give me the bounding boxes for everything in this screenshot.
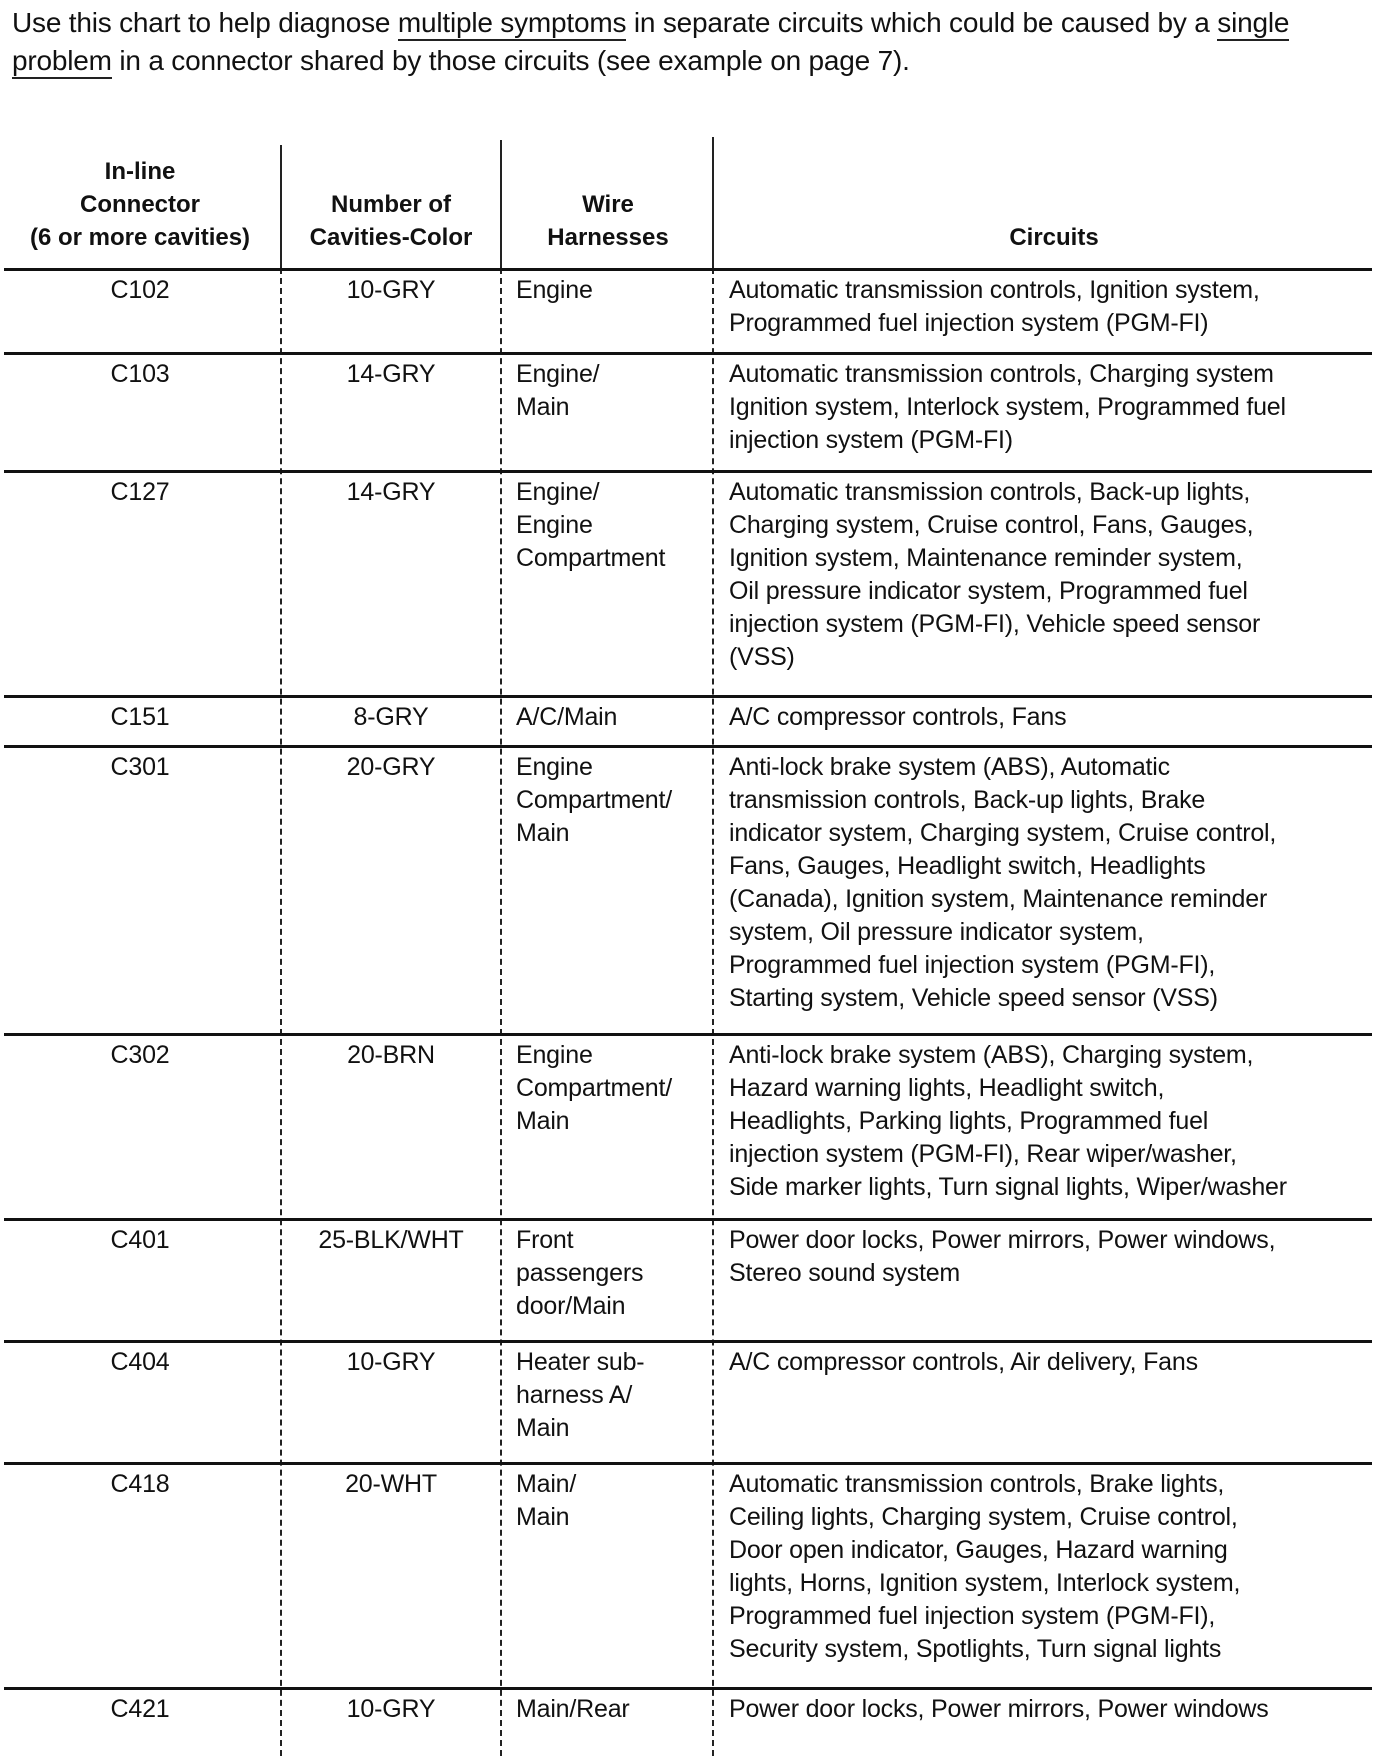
wire-harnesses: Main/Main — [516, 1468, 716, 1534]
circuits-line: Side marker lights, Turn signal lights, … — [729, 1171, 1389, 1204]
circuits: A/C compressor controls, Air delivery, F… — [729, 1346, 1389, 1379]
circuits: Anti-lock brake system (ABS), Automatict… — [729, 751, 1389, 1015]
wire-harnesses-line: A/C/Main — [516, 701, 716, 734]
wire-harnesses-line: Engine — [516, 1039, 716, 1072]
circuits: Automatic transmission controls, Brake l… — [729, 1468, 1389, 1666]
header-cavities-line: Cavities-Color — [282, 221, 500, 254]
wire-harnesses: Frontpassengersdoor/Main — [516, 1224, 716, 1323]
column-divider — [280, 145, 282, 268]
wire-harnesses: EngineCompartment/Main — [516, 1039, 716, 1138]
row-divider — [4, 695, 1372, 698]
connector-id: C301 — [0, 751, 280, 784]
wire-harnesses-line: Compartment/ — [516, 1072, 716, 1105]
wire-harnesses-line: Engine — [516, 509, 716, 542]
circuits-line: Anti-lock brake system (ABS), Charging s… — [729, 1039, 1389, 1072]
circuits: Power door locks, Power mirrors, Power w… — [729, 1693, 1389, 1726]
wire-harnesses-line: harness A/ — [516, 1379, 716, 1412]
wire-harnesses-line: Heater sub- — [516, 1346, 716, 1379]
circuits-line: Programmed fuel injection system (PGM-FI… — [729, 307, 1389, 340]
circuits-line: Hazard warning lights, Headlight switch, — [729, 1072, 1389, 1105]
circuits-line: Anti-lock brake system (ABS), Automatic — [729, 751, 1389, 784]
row-divider — [4, 352, 1372, 355]
circuits-line: injection system (PGM-FI), Rear wiper/wa… — [729, 1138, 1389, 1171]
wire-harnesses: EngineCompartment/Main — [516, 751, 716, 850]
circuits-line: Ignition system, Interlock system, Progr… — [729, 391, 1389, 424]
circuits-line: Power door locks, Power mirrors, Power w… — [729, 1693, 1389, 1726]
wire-harnesses: Heater sub-harness A/Main — [516, 1346, 716, 1445]
wire-harnesses-line: Main — [516, 817, 716, 850]
row-divider — [4, 1340, 1372, 1343]
connector-id: C418 — [0, 1468, 280, 1501]
header-connector: In-lineConnector(6 or more cavities) — [0, 155, 280, 254]
circuits-line: Charging system, Cruise control, Fans, G… — [729, 509, 1389, 542]
connector-id: C421 — [0, 1693, 280, 1726]
wire-harnesses-line: Engine/ — [516, 358, 716, 391]
wire-harnesses-line: Main/ — [516, 1468, 716, 1501]
wire-harnesses: Engine/EngineCompartment — [516, 476, 716, 575]
circuits-line: (VSS) — [729, 641, 1389, 674]
circuits-line: Automatic transmission controls, Brake l… — [729, 1468, 1389, 1501]
wire-harnesses-line: Compartment/ — [516, 784, 716, 817]
header-cavities: Number ofCavities-Color — [282, 188, 500, 254]
connector-id: C151 — [0, 701, 280, 734]
wire-harnesses: Engine/Main — [516, 358, 716, 424]
connector-id: C404 — [0, 1346, 280, 1379]
wire-harnesses-line: Main — [516, 1105, 716, 1138]
connector-id: C127 — [0, 476, 280, 509]
cavities-color: 10-GRY — [282, 1693, 500, 1726]
row-divider — [4, 1033, 1372, 1036]
circuits-line: indicator system, Charging system, Cruis… — [729, 817, 1389, 850]
circuits-line: Automatic transmission controls, Ignitio… — [729, 274, 1389, 307]
wire-harnesses-line: door/Main — [516, 1290, 716, 1323]
circuits: Automatic transmission controls, Ignitio… — [729, 274, 1389, 340]
header-connector-line: Connector — [0, 188, 280, 221]
cavities-color: 10-GRY — [282, 1346, 500, 1379]
column-divider — [500, 268, 502, 1756]
column-divider — [712, 137, 714, 268]
cavities-color: 8-GRY — [282, 701, 500, 734]
circuits-line: Ignition system, Maintenance reminder sy… — [729, 542, 1389, 575]
header-harnesses-line: Harnesses — [502, 221, 714, 254]
cavities-color: 20-GRY — [282, 751, 500, 784]
wire-harnesses-line: Main — [516, 1501, 716, 1534]
wire-harnesses-line: Compartment — [516, 542, 716, 575]
circuits: Automatic transmission controls, Chargin… — [729, 358, 1389, 457]
wire-harnesses: Main/Rear — [516, 1693, 716, 1726]
row-divider — [4, 1218, 1372, 1221]
cavities-color: 14-GRY — [282, 476, 500, 509]
circuits-line: Starting system, Vehicle speed sensor (V… — [729, 982, 1389, 1015]
wire-harnesses-line: Engine/ — [516, 476, 716, 509]
connector-table: In-lineConnector(6 or more cavities)Numb… — [0, 0, 1392, 1764]
circuits-line: Power door locks, Power mirrors, Power w… — [729, 1224, 1389, 1257]
circuits-line: Stereo sound system — [729, 1257, 1389, 1290]
circuits-line: Door open indicator, Gauges, Hazard warn… — [729, 1534, 1389, 1567]
circuits-line: Automatic transmission controls, Back-up… — [729, 476, 1389, 509]
header-circuits-line: Circuits — [716, 221, 1392, 254]
circuits-line: A/C compressor controls, Air delivery, F… — [729, 1346, 1389, 1379]
column-divider — [500, 140, 502, 268]
circuits-line: Automatic transmission controls, Chargin… — [729, 358, 1389, 391]
header-harnesses-line: Wire — [502, 188, 714, 221]
connector-id: C102 — [0, 274, 280, 307]
wire-harnesses-line: Engine — [516, 274, 716, 307]
circuits-line: Security system, Spotlights, Turn signal… — [729, 1633, 1389, 1666]
wire-harnesses-line: Main — [516, 391, 716, 424]
circuits: Anti-lock brake system (ABS), Charging s… — [729, 1039, 1389, 1204]
row-divider — [4, 745, 1372, 748]
connector-id: C401 — [0, 1224, 280, 1257]
header-connector-line: (6 or more cavities) — [0, 221, 280, 254]
row-divider — [4, 1462, 1372, 1465]
circuits-line: Fans, Gauges, Headlight switch, Headligh… — [729, 850, 1389, 883]
wire-harnesses-line: Front — [516, 1224, 716, 1257]
circuits-line: A/C compressor controls, Fans — [729, 701, 1389, 734]
row-divider — [4, 1687, 1372, 1690]
row-divider — [4, 268, 1372, 271]
circuits: Automatic transmission controls, Back-up… — [729, 476, 1389, 674]
circuits: A/C compressor controls, Fans — [729, 701, 1389, 734]
connector-id: C103 — [0, 358, 280, 391]
header-connector-line: In-line — [0, 155, 280, 188]
circuits-line: transmission controls, Back-up lights, B… — [729, 784, 1389, 817]
circuits-line: Programmed fuel injection system (PGM-FI… — [729, 1600, 1389, 1633]
circuits-line: Headlights, Parking lights, Programmed f… — [729, 1105, 1389, 1138]
wire-harnesses-line: Engine — [516, 751, 716, 784]
cavities-color: 20-WHT — [282, 1468, 500, 1501]
circuits-line: injection system (PGM-FI), Vehicle speed… — [729, 608, 1389, 641]
cavities-color: 20-BRN — [282, 1039, 500, 1072]
wire-harnesses: Engine — [516, 274, 716, 307]
connector-id: C302 — [0, 1039, 280, 1072]
cavities-color: 10-GRY — [282, 274, 500, 307]
circuits-line: lights, Horns, Ignition system, Interloc… — [729, 1567, 1389, 1600]
wire-harnesses-line: Main — [516, 1412, 716, 1445]
cavities-color: 14-GRY — [282, 358, 500, 391]
wire-harnesses-line: Main/Rear — [516, 1693, 716, 1726]
circuits-line: Ceiling lights, Charging system, Cruise … — [729, 1501, 1389, 1534]
header-harnesses: WireHarnesses — [502, 188, 714, 254]
circuits-line: injection system (PGM-FI) — [729, 424, 1389, 457]
header-cavities-line: Number of — [282, 188, 500, 221]
wire-harnesses-line: passengers — [516, 1257, 716, 1290]
circuits-line: system, Oil pressure indicator system, — [729, 916, 1389, 949]
circuits-line: Programmed fuel injection system (PGM-FI… — [729, 949, 1389, 982]
circuits-line: (Canada), Ignition system, Maintenance r… — [729, 883, 1389, 916]
cavities-color: 25-BLK/WHT — [282, 1224, 500, 1257]
wire-harnesses: A/C/Main — [516, 701, 716, 734]
row-divider — [4, 470, 1372, 473]
circuits: Power door locks, Power mirrors, Power w… — [729, 1224, 1389, 1290]
header-circuits: Circuits — [716, 221, 1392, 254]
circuits-line: Oil pressure indicator system, Programme… — [729, 575, 1389, 608]
